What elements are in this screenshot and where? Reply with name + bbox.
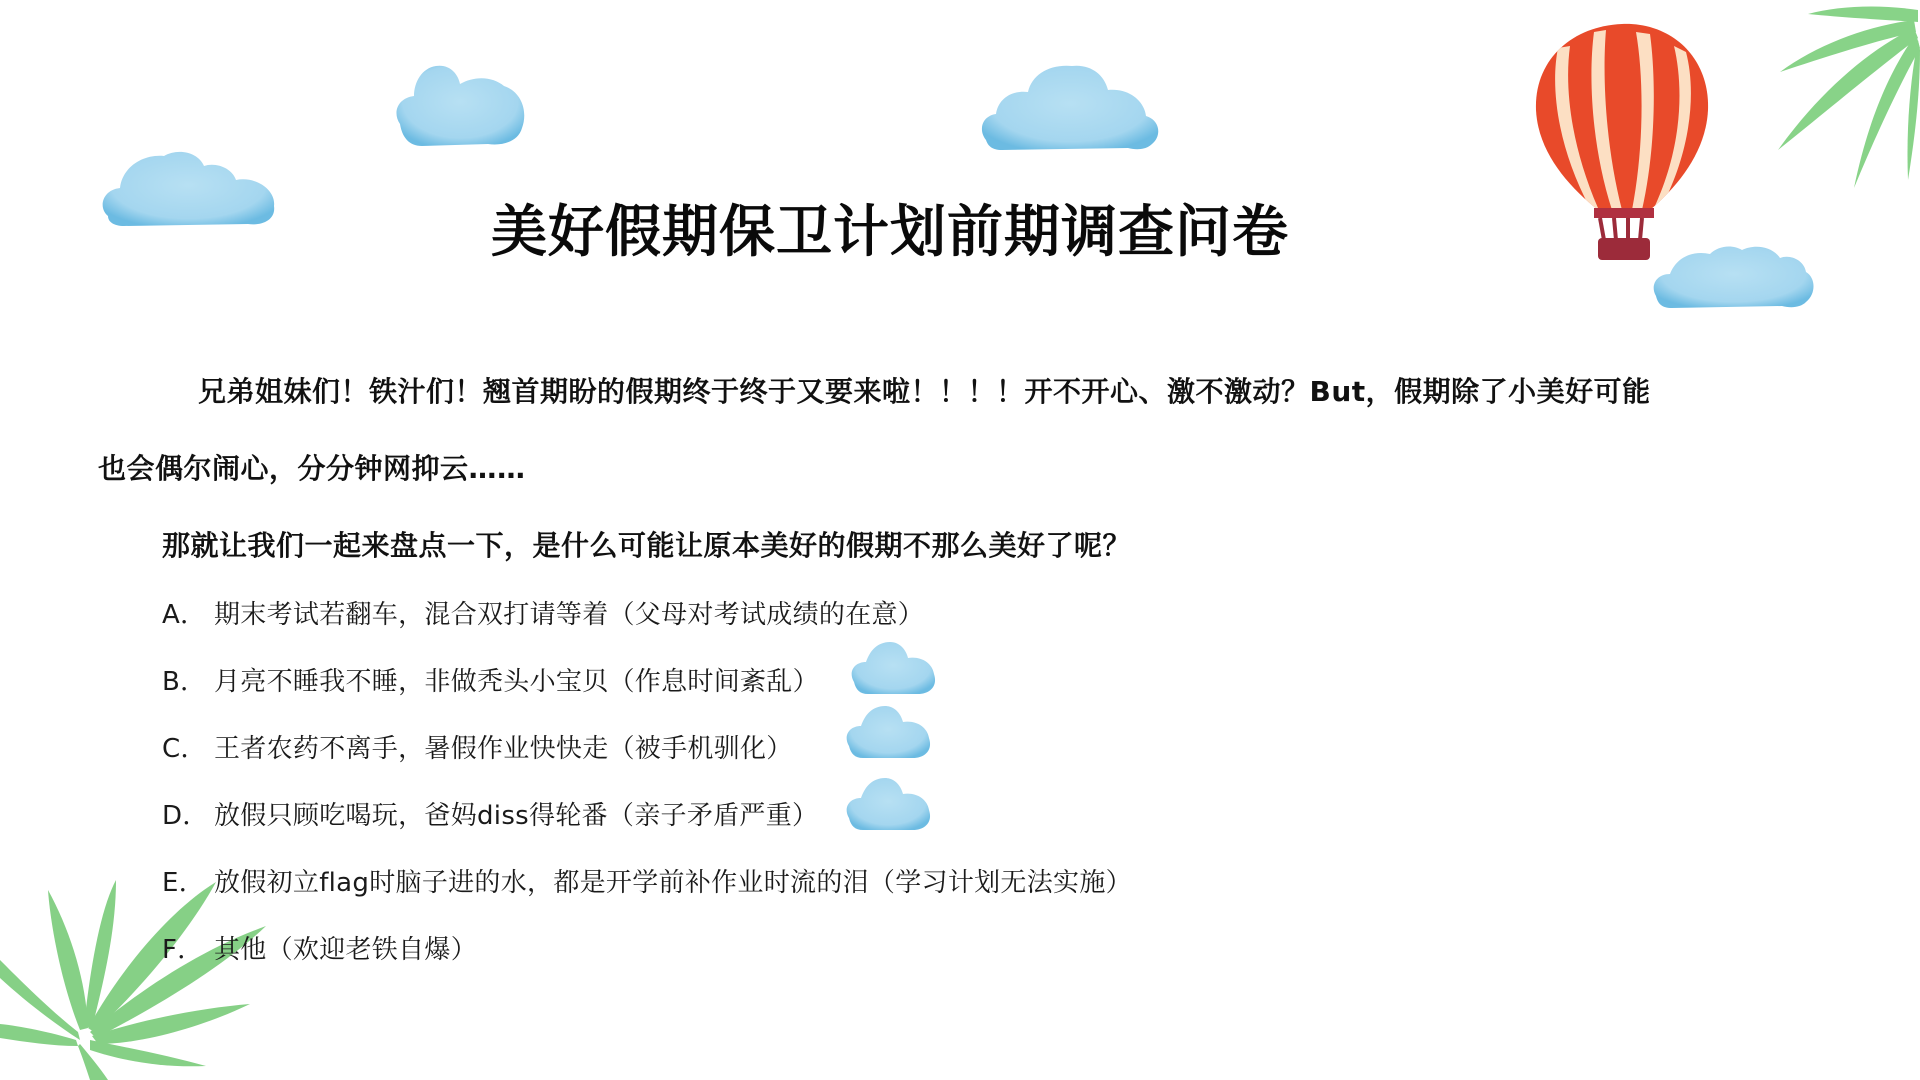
cloud-icon	[848, 638, 938, 696]
intro-paragraph-line-2: 也会偶尔闹心，分分钟网抑云……	[98, 447, 526, 487]
cloud-icon	[843, 774, 933, 832]
option-letter: A．	[162, 594, 214, 631]
option-letter: E．	[162, 862, 214, 899]
intro-paragraph-line-1: 兄弟姐妹们！铁汁们！翘首期盼的假期终于终于又要来啦！！！！开不开心、激不激动？B…	[198, 370, 1651, 410]
option-b[interactable]: B．月亮不睡我不睡，非做秃头小宝贝（作息时间紊乱）	[162, 661, 819, 698]
palm-leaf-icon	[1718, 0, 1920, 190]
option-letter: B．	[162, 661, 214, 698]
page-title: 美好假期保卫计划前期调查问卷	[0, 188, 1780, 268]
option-text: 期末考试若翻车，混合双打请等着（父母对考试成绩的在意）	[214, 600, 924, 630]
option-c[interactable]: C．王者农药不离手，暑假作业快快走（被手机驯化）	[162, 728, 793, 765]
option-text: 放假初立flag时脑子进的水，都是开学前补作业时流的泪（学习计划无法实施）	[214, 868, 1132, 898]
option-text: 月亮不睡我不睡，非做秃头小宝贝（作息时间紊乱）	[214, 667, 819, 697]
option-letter: F．	[162, 929, 214, 966]
option-letter: D．	[162, 795, 214, 832]
option-text: 其他（欢迎老铁自爆）	[214, 935, 477, 965]
option-d[interactable]: D．放假只顾吃喝玩，爸妈diss得轮番（亲子矛盾严重）	[162, 795, 818, 832]
option-letter: C．	[162, 728, 214, 765]
option-e[interactable]: E．放假初立flag时脑子进的水，都是开学前补作业时流的泪（学习计划无法实施）	[162, 862, 1132, 899]
option-text: 放假只顾吃喝玩，爸妈diss得轮番（亲子矛盾严重）	[214, 801, 818, 831]
option-text: 王者农药不离手，暑假作业快快走（被手机驯化）	[214, 734, 793, 764]
cloud-icon	[843, 702, 933, 760]
option-a[interactable]: A．期末考试若翻车，混合双打请等着（父母对考试成绩的在意）	[162, 594, 924, 631]
cloud-icon	[392, 62, 530, 150]
survey-question: 那就让我们一起来盘点一下，是什么可能让原本美好的假期不那么美好了呢？	[162, 524, 1131, 564]
cloud-icon	[978, 60, 1162, 154]
option-f[interactable]: F．其他（欢迎老铁自爆）	[162, 929, 477, 966]
